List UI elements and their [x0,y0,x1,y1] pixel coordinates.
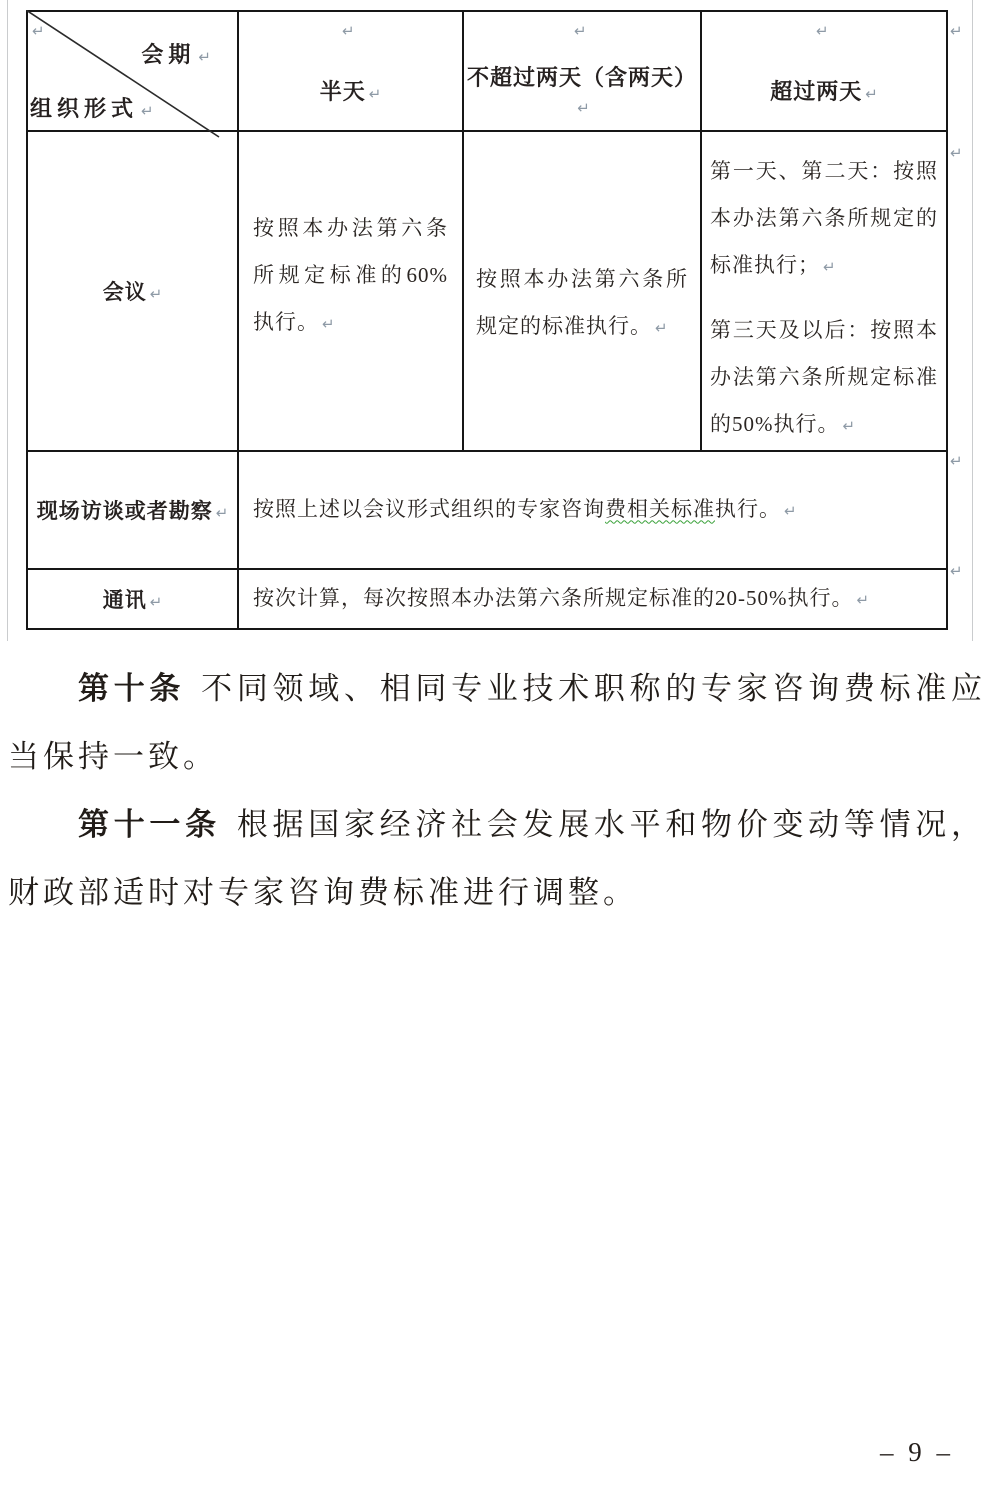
header-label: 超过两天↵ [702,78,946,108]
table-header-row: 会期↵ 组织形式↵ 半天↵ 不超过两天（含两天）↵ 超过两天↵ [27,11,947,131]
cell-text: 按照上述以会议形式组织的专家咨询 [253,497,605,521]
header-label: 半天↵ [239,78,462,108]
meeting-upto-two-days-cell: 按照本办法第六条所规定的标准执行。↵ [463,131,701,451]
empty-line [702,34,946,78]
header-text-upto-two-days: 不超过两天（含两天） [467,65,697,90]
row-end-mark-icon: ↵ [950,22,963,40]
communication-text-cell: 按次计算，每次按照本办法第六条所规定标准的20-50%执行。↵ [238,569,947,629]
site-visit-text-cell: 按照上述以会议形式组织的专家咨询费相关标准执行。↵ [238,451,947,569]
row-end-mark-icon: ↵ [950,452,963,470]
article-10-term: 第十条 [78,671,185,706]
article-paragraphs: 第十条不同领域、相同专业技术职称的专家咨询费标准应当保持一致。 第十一条根据国家… [8,655,986,927]
paragraph-mark-icon: ↵ [369,85,382,103]
communication-text: 按次计算，每次按照本办法第六条所规定标准的20-50%执行。↵ [239,575,946,624]
cell-text: 按次计算，每次按照本办法第六条所规定标准的20-50%执行。 [253,586,853,610]
corner-label-organization: 组织形式 [30,96,138,121]
paragraph-mark-icon: ↵ [574,22,587,40]
paragraph-mark-icon: ↵ [141,102,154,120]
meeting-row: 会议↵ 按照本办法第六条所规定标准的60%执行。↵ 按照本办法第六条所规定的标准… [27,131,947,451]
row-label-communication: 通讯 [103,588,147,612]
paragraph-mark-icon: ↵ [856,591,869,609]
meeting-over-two-days-p2: 第三天及以后：按照本办法第六条所规定标准的50%执行。↵ [702,291,946,450]
paragraph-mark-icon: ↵ [784,502,797,520]
header-text-over-two-days: 超过两天 [770,79,862,104]
meeting-over-two-days-p1: 第一天、第二天：按照本办法第六条所规定的标准执行；↵ [702,132,946,291]
meeting-over-two-days-cell: 第一天、第二天：按照本办法第六条所规定的标准执行；↵ 第三天及以后：按照本办法第… [701,131,947,451]
paragraph-mark-icon: ↵ [150,593,163,611]
paragraph-mark-icon: ↵ [655,319,668,337]
cell-text: 执行。 [715,497,781,521]
row-end-mark-icon: ↵ [950,144,963,162]
row-end-mark-icon: ↵ [950,562,963,580]
paragraph-mark-icon: ↵ [577,99,590,117]
row-label-cell-meeting: 会议↵ [27,131,238,451]
cell-text: 第三天及以后：按照本办法第六条所规定标准的50%执行。 [710,318,938,436]
paragraph-mark-icon: ↵ [150,285,163,303]
cell-text: 按照本办法第六条所规定标准的60%执行。 [253,216,448,334]
article-11: 第十一条根据国家经济社会发展水平和物价变动等情况，财政部适时对专家咨询费标准进行… [8,791,986,927]
row-label-site-visit: 现场访谈或者勘察 [37,499,213,523]
paragraph-mark-icon: ↵ [823,258,836,276]
corner-label-duration: 会期 [141,42,195,67]
communication-row: 通讯↵ 按次计算，每次按照本办法第六条所规定标准的20-50%执行。↵ [27,569,947,629]
meeting-upto-two-days-text: 按照本办法第六条所规定的标准执行。↵ [464,230,700,352]
article-10: 第十条不同领域、相同专业技术职称的专家咨询费标准应当保持一致。 [8,655,986,791]
site-visit-row: 现场访谈或者勘察↵ 按照上述以会议形式组织的专家咨询费相关标准执行。↵ [27,451,947,569]
paragraph-mark-icon: ↵ [198,48,211,66]
text-boundary-right [972,0,973,641]
paragraph-mark-icon: ↵ [843,417,856,435]
paragraph-mark-icon: ↵ [32,22,45,40]
paragraph-mark-icon: ↵ [865,85,878,103]
fee-standards-table: 会期↵ 组织形式↵ 半天↵ 不超过两天（含两天）↵ 超过两天↵ 会议↵ 按照本办… [26,10,948,630]
header-label: 不超过两天（含两天）↵ [464,64,700,122]
text-boundary-left [7,0,8,641]
page-number: – 9 – [880,1437,954,1468]
row-label-meeting: 会议 [103,280,147,304]
document-page: 会期↵ 组织形式↵ 半天↵ 不超过两天（含两天）↵ 超过两天↵ 会议↵ 按照本办… [0,0,1000,1505]
corner-bottom-line: 组织形式↵ [28,69,237,123]
corner-cell: 会期↵ 组织形式↵ [27,11,238,131]
row-label-cell-site-visit: 现场访谈或者勘察↵ [27,451,238,569]
site-visit-text: 按照上述以会议形式组织的专家咨询费相关标准执行。↵ [239,486,946,535]
header-text-half-day: 半天 [320,79,366,104]
meeting-half-day-text: 按照本办法第六条所规定标准的60%执行。↵ [239,205,462,378]
paragraph-mark-icon: ↵ [322,315,335,333]
spellcheck-wavy-segment: 费相关标准 [605,497,715,521]
paragraph-mark-icon: ↵ [216,504,229,522]
paragraph-mark-icon: ↵ [342,22,355,40]
row-label-cell-communication: 通讯↵ [27,569,238,629]
article-11-term: 第十一条 [78,807,221,842]
corner-top-line: 会期↵ [28,19,237,69]
empty-line [239,34,462,78]
paragraph-mark-icon: ↵ [816,22,829,40]
meeting-half-day-cell: 按照本办法第六条所规定标准的60%执行。↵ [238,131,463,451]
